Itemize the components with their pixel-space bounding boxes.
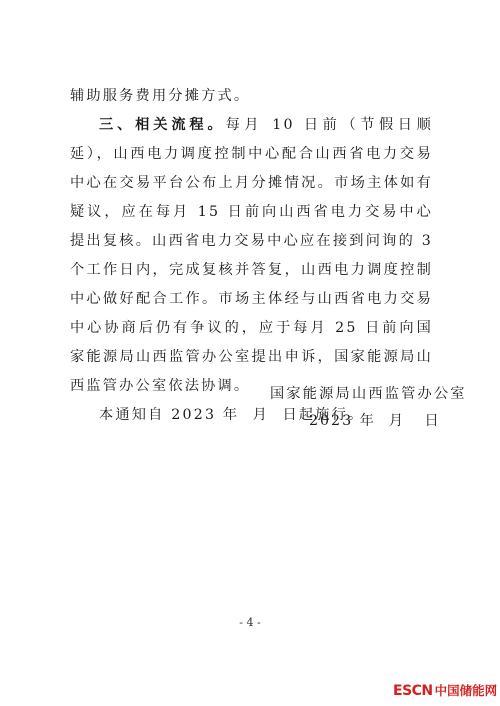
paragraph-text: 辅助服务费用分摊方式。 [70,88,250,104]
page-number: - 4 - [0,616,500,629]
signature-organization: 国家能源局山西监管办公室 [270,381,432,407]
paragraph-text: 每月 10 日前（节假日顺延），山西电力调度控制中心配合山西省电力交易中心在交易… [70,117,433,394]
watermark-latin: ESCN [393,683,433,699]
section-heading: 三、相关流程。 [99,117,226,133]
watermark-chinese: 中国储能网 [435,683,498,698]
paragraph-procedures: 三、相关流程。每月 10 日前（节假日顺延），山西电力调度控制中心配合山西省电力… [70,111,433,401]
signature-date: 2023 年 月 日 [309,408,441,434]
paragraph-continuation: 辅助服务费用分摊方式。 [70,82,433,111]
document-page: 辅助服务费用分摊方式。 三、相关流程。每月 10 日前（节假日顺延），山西电力调… [0,0,500,706]
watermark-logo: ESCN中国储能网 [393,681,497,700]
document-body: 辅助服务费用分摊方式。 三、相关流程。每月 10 日前（节假日顺延），山西电力调… [70,82,433,430]
